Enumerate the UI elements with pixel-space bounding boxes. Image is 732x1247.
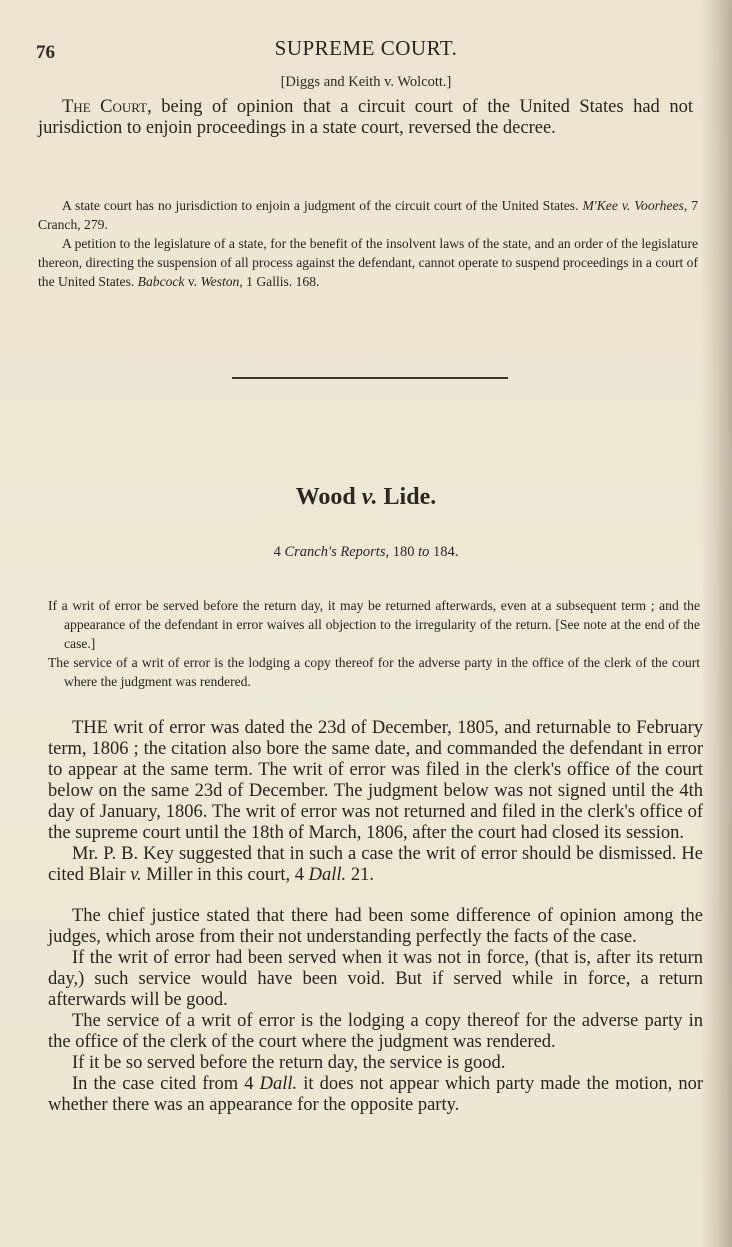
footnotes: A state court has no jurisdiction to enj… bbox=[38, 196, 698, 291]
footnote-case-name: M'Kee v. Voorhees bbox=[582, 198, 683, 213]
headnotes: If a writ of error be served before the … bbox=[48, 596, 700, 691]
body-text: 21. bbox=[346, 865, 374, 885]
opinion-body: THE writ of error was dated the 23d of D… bbox=[48, 718, 703, 1116]
body-paragraph: If the writ of error had been served whe… bbox=[48, 948, 703, 1011]
scanned-page: 76 SUPREME COURT. [Diggs and Keith v. Wo… bbox=[0, 0, 732, 1247]
body-versus: v. bbox=[130, 865, 141, 885]
body-reporter: Dall. bbox=[260, 1074, 298, 1094]
body-paragraph: The service of a writ of error is the lo… bbox=[48, 1011, 703, 1053]
footnote: A state court has no jurisdiction to enj… bbox=[38, 196, 698, 234]
citation-start-page: , 180 bbox=[385, 544, 418, 560]
footnote-text: A state court has no jurisdiction to enj… bbox=[62, 198, 582, 213]
footnote-case-name: Weston bbox=[201, 274, 240, 289]
footnote-case-name: Babcock bbox=[138, 274, 185, 289]
headnote: The service of a writ of error is the lo… bbox=[48, 653, 700, 691]
case-party-a: Wood bbox=[296, 484, 362, 510]
previous-case-reference: [Diggs and Keith v. Wolcott.] bbox=[0, 74, 732, 91]
body-reporter: Dall. bbox=[309, 865, 347, 885]
opening-paragraph: The Court, being of opinion that a circu… bbox=[38, 97, 693, 139]
running-head: SUPREME COURT. bbox=[0, 36, 732, 61]
case-party-b: Lide. bbox=[378, 484, 437, 510]
citation-volume: 4 bbox=[274, 544, 285, 560]
case-title: Wood v. Lide. bbox=[0, 484, 732, 511]
case-versus: v. bbox=[362, 484, 378, 510]
body-text: In the case cited from 4 bbox=[72, 1074, 260, 1094]
opening-lead: The Court bbox=[62, 97, 147, 117]
citation-end-page: 184. bbox=[429, 544, 458, 560]
body-paragraph: Mr. P. B. Key suggested that in such a c… bbox=[48, 844, 703, 886]
body-paragraph: THE writ of error was dated the 23d of D… bbox=[48, 718, 703, 844]
footnote-citation: , 1 Gallis. 168. bbox=[239, 274, 319, 289]
body-paragraph: The chief justice stated that there had … bbox=[48, 906, 703, 948]
body-text: Miller in this court, 4 bbox=[142, 865, 309, 885]
body-paragraph: In the case cited from 4 Dall. it does n… bbox=[48, 1074, 703, 1116]
citation-reporter: Cranch's Reports bbox=[284, 544, 385, 560]
citation-to: to bbox=[418, 544, 429, 560]
footnote: A petition to the legislature of a state… bbox=[38, 234, 698, 291]
headnote: If a writ of error be served before the … bbox=[48, 596, 700, 653]
body-paragraph: If it be so served before the return day… bbox=[48, 1053, 703, 1074]
case-citation: 4 Cranch's Reports, 180 to 184. bbox=[0, 544, 732, 561]
footnote-versus: v. bbox=[184, 274, 200, 289]
section-divider bbox=[232, 377, 508, 379]
